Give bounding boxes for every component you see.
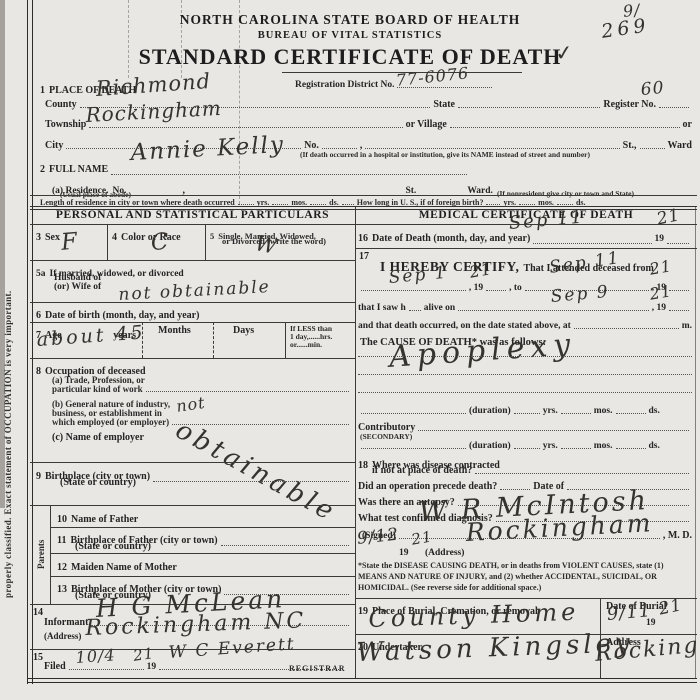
mos-label: mos.: [594, 406, 613, 416]
informant-address-label: (Address): [44, 631, 81, 641]
leader-line: [409, 310, 421, 311]
state-label: State: [433, 99, 455, 110]
handwritten-race: C: [150, 229, 170, 256]
date-of-birth-label: Date of birth (month, day, and year): [45, 310, 199, 321]
margin-vertical-note: properly classified. Exact statement of …: [3, 186, 13, 598]
personal-particulars-header: PERSONAL AND STATISTICAL PARTICULARS: [30, 209, 355, 221]
dotted-line: [358, 374, 692, 375]
leader-line: [310, 204, 326, 205]
leader-line: [640, 148, 665, 149]
sex-label: Sex: [45, 232, 60, 243]
field-number: 17: [359, 251, 369, 262]
field-number: 14: [33, 607, 43, 618]
color-race-cell: 4 Color or Race: [112, 227, 181, 245]
duration-row: (duration) yrs. mos. ds.: [358, 406, 692, 416]
ward-label: Ward: [668, 140, 692, 151]
field-number: 12: [57, 562, 67, 573]
county-label: County: [45, 99, 77, 110]
leader-line: [561, 413, 591, 414]
or-village-label: or Village: [406, 119, 447, 130]
leader-line: [475, 473, 689, 474]
leader-line: [458, 310, 649, 311]
field-number: 3: [36, 232, 41, 243]
rule: [30, 322, 355, 323]
death-certificate-scan: properly classified. Exact statement of …: [0, 0, 700, 700]
father-name-row: 10 Name of Father: [57, 509, 138, 527]
year-19-printed: 19: [646, 618, 656, 628]
handwritten-county: Richmond: [95, 69, 212, 101]
leader-line: [365, 148, 619, 149]
handwritten-cause-of-death: Apoplexy: [388, 327, 577, 375]
months-label: Months: [158, 325, 191, 336]
cell-divider: [213, 322, 214, 358]
industry-label-3: which employed (or employer): [52, 417, 169, 427]
year-19-printed: 19: [655, 234, 665, 244]
handwritten-signed-date: 9/12: [356, 525, 400, 549]
days-label: Days: [233, 325, 254, 336]
field-number: 13: [57, 584, 67, 595]
father-name-label: Name of Father: [71, 514, 138, 525]
informant-label: Informant: [44, 617, 88, 628]
duration-label: (duration): [469, 406, 511, 416]
handwritten-filed-year: 21: [132, 644, 155, 665]
violent-causes-footnote: *State the DISEASE CAUSING DEATH, or in …: [358, 561, 692, 593]
filed-label: Filed: [44, 661, 66, 672]
handwritten-not: not: [175, 393, 207, 416]
leader-line: [450, 127, 680, 128]
handwritten-registrar-signature: W C Everett: [168, 634, 296, 663]
leader-line: [486, 290, 506, 291]
dotted-line: [358, 356, 692, 357]
rule: [30, 462, 355, 463]
saw-alive-label-2: alive on: [424, 303, 455, 313]
leader-line: [557, 204, 573, 205]
wife-of-label: (or) Wife of: [54, 282, 101, 292]
ds-label: ds.: [649, 406, 660, 416]
leader-line: [361, 413, 466, 414]
rule: [30, 302, 355, 303]
leader-line: [89, 127, 402, 128]
secondary-label: (SECONDARY): [360, 432, 412, 441]
leader-line: [322, 148, 357, 149]
registrar-label: REGISTRAR: [289, 664, 346, 673]
handwritten-sex: F: [60, 229, 79, 256]
parents-divider: [50, 505, 51, 604]
mother-maiden-row: 12 Maiden Name of Mother: [57, 557, 177, 575]
leader-line: [514, 448, 540, 449]
right-border: [695, 207, 696, 678]
board-of-health-heading: NORTH CAROLINA STATE BOARD OF HEALTH: [30, 12, 670, 28]
leader-line: [514, 413, 540, 414]
handwritten-saw-alive-year: 21: [648, 281, 673, 304]
year-19-printed: 19: [399, 548, 409, 558]
disease-contracted-label-2: if not at place of death?: [372, 465, 472, 476]
trade-label-2: particular kind of work: [52, 384, 143, 394]
handwritten-marital: W: [253, 231, 280, 259]
rule: [50, 527, 355, 528]
disease-contracted-row-2: if not at place of death?: [372, 465, 692, 476]
handwritten-from-year: 21: [468, 259, 493, 282]
parents-vertical-label: Parents: [36, 505, 46, 604]
year-19-printed: 19: [147, 662, 157, 672]
rule: [30, 505, 355, 506]
field-number: 2: [40, 164, 45, 175]
registration-district-label: Registration District No.: [295, 80, 394, 90]
leader-line: [221, 545, 349, 546]
field-number: 11: [57, 535, 66, 546]
leader-line: [361, 290, 466, 291]
leader-line: [659, 107, 689, 108]
field-number: 8: [36, 366, 41, 377]
field-number: 1: [40, 85, 45, 96]
field-number: 10: [57, 514, 67, 525]
leader-line: [342, 204, 354, 205]
leader-line: [616, 413, 646, 414]
leader-line: [361, 448, 466, 449]
cell-divider: [107, 224, 108, 260]
operation-label: Did an operation precede death?: [358, 481, 497, 492]
comma-19-printed: , 19: [652, 303, 666, 313]
cell-divider: [205, 224, 206, 260]
if-less-label-3: or......min.: [290, 340, 322, 349]
cell-divider: [285, 322, 286, 358]
st-label: St.,: [623, 140, 637, 151]
field-number: 18: [358, 460, 368, 471]
full-name-row: 2 FULL NAME: [40, 159, 470, 177]
leader-line: [561, 448, 591, 449]
bottom-double-rule: [27, 678, 697, 683]
leader-line: [574, 328, 679, 329]
date-of-death-label: Date of Death (month, day, and year): [372, 233, 530, 244]
mother-maiden-label: Maiden Name of Mother: [71, 562, 177, 573]
duration-row-2: (duration) yrs. mos. ds.: [358, 441, 692, 451]
handwritten-burial-year: 21: [657, 595, 684, 619]
handwritten-filed-date: 10/4: [75, 645, 116, 667]
field-number: 5: [210, 231, 214, 241]
employer-label: (c) Name of employer: [52, 432, 144, 443]
left-double-rule: [27, 0, 33, 684]
ds-label: ds.: [649, 441, 660, 451]
rule: [30, 224, 697, 225]
leader-line: [486, 204, 500, 205]
leader-line: [458, 107, 600, 108]
form-title: STANDARD CERTIFICATE OF DEATH: [30, 44, 670, 70]
field-number: 19: [358, 606, 368, 617]
leader-line: [533, 243, 651, 244]
dotted-line: [358, 392, 692, 393]
leader-line: [500, 489, 530, 490]
field-number: 4: [112, 232, 117, 243]
handwritten-not-obtainable: not obtainable: [118, 277, 271, 305]
rule: [30, 260, 355, 261]
sex-cell: 3 Sex: [36, 227, 60, 245]
field-number: 6: [36, 310, 41, 321]
leader-line: [616, 448, 646, 449]
rule: [30, 195, 697, 196]
rule: [50, 576, 355, 577]
leader-line: [146, 391, 349, 392]
saw-alive-row: that I saw h alive on , 19: [358, 303, 692, 313]
signed-address-label: (Address): [425, 548, 464, 558]
handwritten-signed-year: 21: [410, 527, 434, 548]
township-label: Township: [45, 119, 86, 130]
field-number: 16: [358, 233, 368, 244]
field-number: 15: [33, 652, 43, 663]
leader-line: [272, 204, 288, 205]
saw-alive-label-1: that I saw h: [358, 303, 406, 313]
state-country-label: (State or country): [75, 541, 151, 552]
handwritten-death-year: 21: [655, 205, 682, 229]
to-label: , to: [509, 283, 522, 293]
full-name-label: FULL NAME: [49, 164, 108, 175]
m-label: m.: [682, 321, 692, 331]
leader-line: [69, 669, 144, 670]
handwritten-burial-place: County Home: [368, 598, 580, 633]
leader-line: [669, 310, 689, 311]
or-label: or: [683, 119, 692, 130]
register-no-label: Register No.: [603, 99, 656, 110]
rule: [30, 358, 355, 359]
leader-line: [153, 481, 349, 482]
field-number: 9: [36, 471, 41, 482]
duration-label: (duration): [469, 441, 511, 451]
yrs-label: yrs.: [543, 406, 558, 416]
md-label: , M. D.: [663, 530, 692, 541]
rule: [355, 248, 697, 249]
nonresident-note: (If nonresident give city or town and St…: [497, 189, 634, 198]
hospital-note: (If death occurred in a hospital or inst…: [300, 150, 590, 159]
leader-line: [669, 290, 689, 291]
comma-19-printed: , 19: [469, 283, 483, 293]
leader-line: [111, 174, 467, 175]
leader-line: [667, 243, 689, 244]
bureau-heading: BUREAU OF VITAL STATISTICS: [30, 30, 670, 41]
mos-label: mos.: [594, 441, 613, 451]
date-of-birth-row: 6 Date of birth (month, day, and year): [36, 305, 199, 323]
leader-line: [418, 430, 689, 431]
yrs-label: yrs.: [543, 441, 558, 451]
leader-line: [519, 204, 535, 205]
leader-line: [238, 204, 254, 205]
column-divider: [355, 207, 356, 678]
field-number: 5a: [36, 269, 46, 279]
handwritten-register-no: 60: [640, 78, 665, 100]
rule: [50, 553, 355, 554]
state-country-label: (State or country): [60, 477, 136, 488]
handwritten-to-year: 21: [648, 256, 673, 279]
city-label: City: [45, 140, 63, 151]
